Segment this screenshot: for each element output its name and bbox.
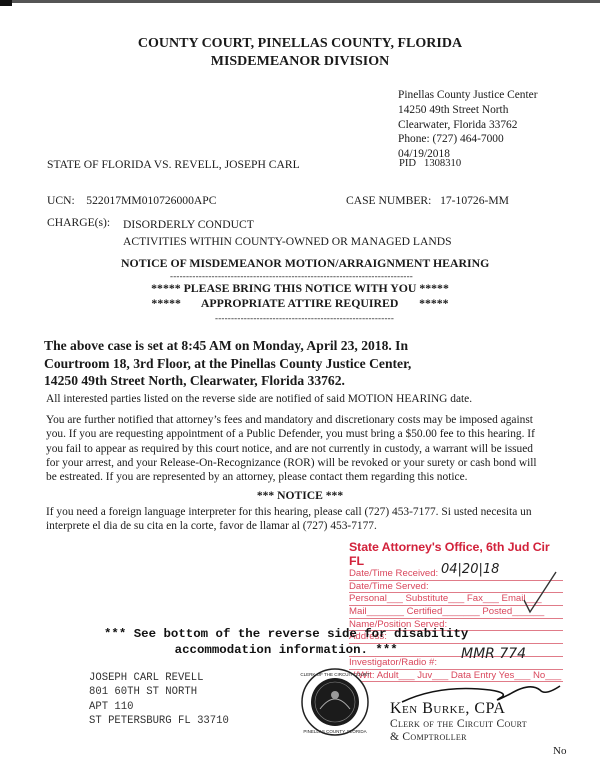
- interpreter-heading: *** NOTICE ***: [0, 489, 600, 502]
- case-number-label: CASE NUMBER:: [346, 194, 431, 207]
- footer-no: No: [553, 745, 566, 757]
- disability-line: accommodation information. ***: [104, 642, 468, 658]
- handwritten-investigator: MMR 774: [461, 649, 526, 661]
- mailing-address: JOSEPH CARL REVELL 801 60TH ST NORTH APT…: [89, 671, 229, 728]
- disability-notice: *** See bottom of the reverse side for d…: [104, 626, 468, 658]
- clerk-seal-icon: CLERK OF THE CIRCUIT COURT PINELLAS COUN…: [300, 667, 370, 737]
- address-line: Clearwater, Florida 33762: [398, 118, 538, 133]
- case-style: STATE OF FLORIDA VS. REVELL, JOSEPH CARL: [47, 158, 300, 171]
- clerk-name: Ken Burke, CPA: [390, 700, 527, 718]
- paragraph-line: be estreated. If you are represented by …: [46, 470, 537, 484]
- address-line: 14250 49th Street North: [398, 103, 538, 118]
- interested-parties: All interested parties listed on the rev…: [46, 392, 472, 406]
- svg-text:CLERK OF THE CIRCUIT COURT: CLERK OF THE CIRCUIT COURT: [300, 672, 370, 677]
- mailing-line: ST PETERSBURG FL 33710: [89, 714, 229, 728]
- scan-edge: [0, 0, 600, 3]
- disability-line: *** See bottom of the reverse side for d…: [104, 626, 468, 642]
- divider-short: ----------------------------------------…: [215, 313, 394, 323]
- division-title: MISDEMEANOR DIVISION: [0, 54, 600, 70]
- ucn-field: UCN: 522017MM010726000APC: [47, 194, 216, 207]
- interpreter-notice: If you need a foreign language interpret…: [46, 505, 532, 534]
- bring-notice-line: ***** PLEASE BRING THIS NOTICE WITH YOU …: [0, 281, 600, 296]
- mailing-line: APT 110: [89, 700, 229, 714]
- charges-label: CHARGE(s):: [47, 216, 110, 229]
- hearing-details: The above case is set at 8:45 AM on Mond…: [44, 337, 411, 390]
- paragraph-line: for your arrest, and your Release-On-Rec…: [46, 456, 537, 470]
- attire-line: ***** APPROPRIATE ATTIRE REQUIRED *****: [0, 296, 600, 311]
- charges-list: DISORDERLY CONDUCT ACTIVITIES WITHIN COU…: [123, 216, 452, 250]
- paragraph-line: you fail to appear as required by this c…: [46, 442, 537, 456]
- ucn-value: 522017MM010726000APC: [86, 194, 216, 207]
- mailing-line: 801 60TH ST NORTH: [89, 685, 229, 699]
- pid-field: PID 1308310: [399, 158, 461, 169]
- hearing-line: The above case is set at 8:45 AM on Mond…: [44, 337, 411, 355]
- pid-label: PID: [399, 158, 416, 169]
- paragraph-line: If you need a foreign language interpret…: [46, 505, 532, 519]
- phone-line: Phone: (727) 464-7000: [398, 132, 538, 147]
- paragraph-line: interprete el dia de su cita en la corte…: [46, 519, 532, 533]
- address-line: Pinellas County Justice Center: [398, 88, 538, 103]
- case-number-field: CASE NUMBER: 17-10726-MM: [346, 194, 509, 207]
- mailing-line: JOSEPH CARL REVELL: [89, 671, 229, 685]
- paragraph-line: You are further notified that attorney’s…: [46, 413, 537, 427]
- charge-item: ACTIVITIES WITHIN COUNTY-OWNED OR MANAGE…: [123, 233, 452, 250]
- paragraph-line: you. If you are requesting appointment o…: [46, 427, 537, 441]
- notice-title: NOTICE OF MISDEMEANOR MOTION/ARRAIGNMENT…: [121, 256, 489, 271]
- scan-mark: [0, 0, 12, 6]
- court-title: COUNTY COURT, PINELLAS COUNTY, FLORIDA: [0, 36, 600, 52]
- interpreter-heading-text: *** NOTICE ***: [257, 489, 343, 502]
- handwritten-checkmark-icon: [520, 570, 560, 615]
- hearing-line: 14250 49th Street North, Clearwater, Flo…: [44, 372, 411, 390]
- charge-item: DISORDERLY CONDUCT: [123, 216, 452, 233]
- court-address-block: Pinellas County Justice Center 14250 49t…: [398, 88, 538, 162]
- handwritten-date: 04|20|18: [441, 564, 499, 576]
- case-number-value: 17-10726-MM: [440, 194, 509, 207]
- clerk-title: Clerk of the Circuit Court: [390, 718, 527, 731]
- divider-long: ----------------------------------------…: [170, 271, 413, 281]
- hearing-line: Courtroom 18, 3rd Floor, at the Pinellas…: [44, 355, 411, 373]
- ucn-label: UCN:: [47, 194, 75, 207]
- clerk-title: & Comptroller: [390, 731, 527, 744]
- clerk-block: Ken Burke, CPA Clerk of the Circuit Cour…: [390, 700, 527, 744]
- svg-text:PINELLAS COUNTY, FLORIDA: PINELLAS COUNTY, FLORIDA: [303, 729, 366, 734]
- pid-value: 1308310: [424, 158, 461, 169]
- fees-paragraph: You are further notified that attorney’s…: [46, 413, 537, 484]
- stamp-line: Investigator/Radio #:MMR 774: [349, 657, 563, 670]
